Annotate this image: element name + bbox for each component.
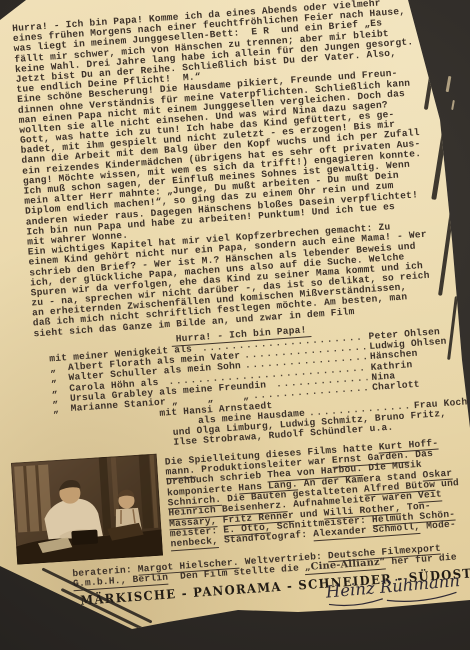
underlined-credit-name: nenbeck,	[170, 535, 218, 551]
production-credits: Die Spielleitung dieses Films hatte Kurt…	[164, 432, 462, 550]
credit-text: Mode-	[420, 519, 456, 532]
rotated-text-block: Hurra! - Ich bin Papa! Komme ich da eine…	[0, 0, 470, 611]
paper-sheet: Hurra! - Ich bin Papa! Komme ich da eine…	[0, 0, 470, 650]
film-still-photo	[11, 453, 163, 564]
synopsis-text: Hurra! - Ich bin Papa! Komme ich da eine…	[12, 0, 447, 339]
scanned-film-program-page: Hurra! - Ich bin Papa! Komme ich da eine…	[0, 0, 470, 650]
paper-fleck	[446, 76, 451, 92]
paper-fleck	[451, 100, 455, 110]
